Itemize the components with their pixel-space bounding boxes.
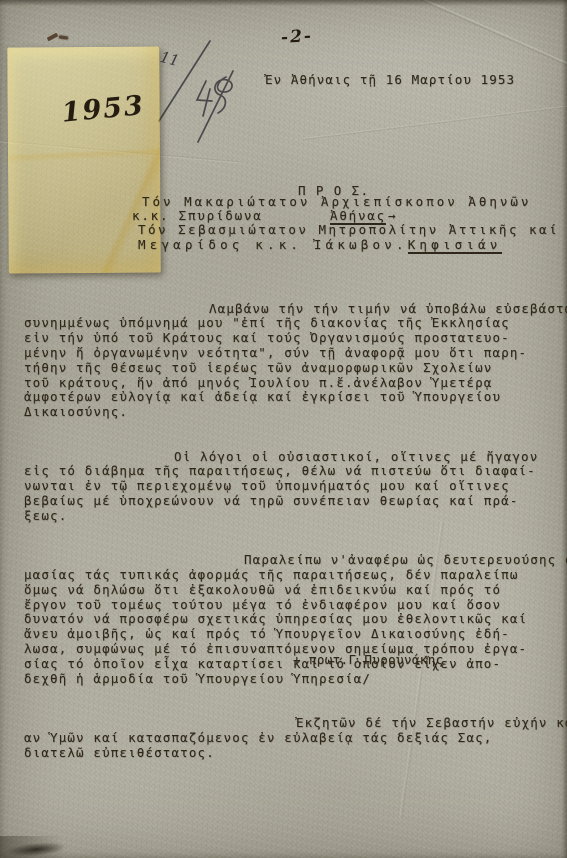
text-line: μασίας τάς τυπικάς ἀφορμάς τῆς παραιτήσε… (24, 568, 567, 583)
text-line: βεβαίως μέ ὑποχρεώνουν νά τηρῶ συνέπειαν… (24, 494, 567, 509)
staple-mark (59, 35, 68, 39)
paragraph-1: Λαμβάνω τήν τήν τιμήν νά ὑποβάλω εὐσεβάσ… (24, 302, 567, 420)
destination-athens-wrap: Ἀθήνας→ (330, 208, 396, 223)
text-line: τήθην τῆς θέσεως τοῦ ἱερέως τῶν ἀναμορφω… (24, 361, 567, 376)
text-line: συνημμένως ὑπόμνημά μου "ἐπί τῆς διακονί… (24, 316, 567, 331)
recipient-block: Π Ρ Ο Σ. Τόν Μακαριώτατον Ἀρχιεπίσκοπον … (0, 183, 567, 258)
staple-mark (47, 33, 59, 42)
text-line: ξεως. (24, 509, 567, 524)
scan-edge-shadow (0, 0, 567, 6)
text-line: δεχθῆ ἡ ἁρμοδία τοῦ Ὑπουργείου Ὑπηρεσία/ (24, 672, 567, 687)
text-line: διατελῶ εὐπειθέστατος. (24, 746, 567, 761)
text-line: μένην ἤ ὀργανωμένην νεότητα", σύν τῇ ἀνα… (24, 346, 567, 361)
text-line: αν Ὑμῶν καί κατασπαζόμενος ἐν εὐλαβείᾳ τ… (24, 731, 567, 746)
text-line: ὅμως νά δηλώσω ὅτι ἐξακολουθῶ νά ἐπιδεικ… (24, 583, 567, 598)
destination-kifisia: Κηφισιάν (408, 237, 502, 254)
paper-crease (379, 0, 567, 76)
text-line: εἰν τήν ὑπό τοῦ Κράτους καί τούς Ὀργανισ… (24, 331, 567, 346)
signature-line: + πρωτ.Γ.Πυρουνάκης (293, 652, 444, 667)
sticky-note-year: 1953 (60, 90, 146, 129)
paper-crease (301, 102, 567, 141)
text-line: ἄνευ ἀμοιβῆς, ὡς καί πρός τό Ὑπουργεῖον … (24, 627, 567, 642)
text-line: ἀμφοτέρων εὐλογίᾳ καί ἀδείᾳ καί ἐγκρίσει… (24, 390, 567, 405)
paragraph-2: Οἱ λόγοι οἱ οὐσιαστικοί, οἵτινες μέ ἤγαγ… (24, 450, 567, 524)
date-line: Ἐν Ἀθήναις τῇ 16 Μαρτίου 1953 (265, 72, 515, 87)
scanned-letter-page: -2- 11 Ἐν Ἀθήναις τῇ 16 Μαρτίου 1953 195… (0, 0, 567, 858)
recipient-line-spyridon: κ.κ. ΣπυρίδωναἈθήνας→ (132, 208, 263, 223)
recipient-name: Μεγαρίδος κ.κ. Ἰάκωβον. (138, 237, 408, 252)
recipient-name: κ.κ. Σπυρίδωνα (132, 208, 263, 223)
letter-body: Λαμβάνω τήν τήν τιμήν νά ὑποβάλω εὐσεβάσ… (24, 272, 567, 790)
text-line: Παραλείπω ν'ἀναφέρω ὡς δευτερευούσης ση- (24, 553, 567, 568)
recipient-line-metropolitan: Τόν Σεβασμιώτατον Μητροπολίτην Ἀττικῆς κ… (138, 222, 559, 237)
text-line: Δικαιοσύνης. (24, 405, 567, 420)
text-line: νωνται ἐν τῷ περιεχομένῳ τοῦ ὑπομνήματός… (24, 479, 567, 494)
text-line: Λαμβάνω τήν τήν τιμήν νά ὑποβάλω εὐσεβάσ… (24, 302, 567, 317)
text-line: τοῦ κράτους, ἥν ἀπό μηνός Ἰουλίου π.ἔ.ἀν… (24, 376, 567, 391)
text-line: Οἱ λόγοι οἱ οὐσιαστικοί, οἵτινες μέ ἤγαγ… (24, 450, 567, 465)
text-line: δυνατόν νά προσφέρω σχετικάς ὑπηρεσίας μ… (24, 612, 567, 627)
paragraph-4: Ἐκζητῶν δέ τήν Σεβαστήν εὐχήν καί εὐλογί… (24, 716, 567, 760)
arrow-annotation: → (388, 208, 396, 223)
text-line: ἔργον τοῦ τομέως τούτου μέγα τό ἐνδιαφέρ… (24, 598, 567, 613)
handwritten-page-number: -2- (280, 26, 313, 48)
recipient-line-archbishop: Τόν Μακαριώτατον Ἀρχιεπίσκοπον Ἀθηνῶν (142, 194, 531, 209)
recipient-line-iakovos: Μεγαρίδος κ.κ. Ἰάκωβον.Κηφισιάν (138, 237, 502, 252)
text-line: εἰς τό διάβημα τῆς παραιτήσεως, θέλω νά … (24, 464, 567, 479)
text-line: Ἐκζητῶν δέ τήν Σεβαστήν εὐχήν καί εὐλογί… (24, 716, 567, 731)
